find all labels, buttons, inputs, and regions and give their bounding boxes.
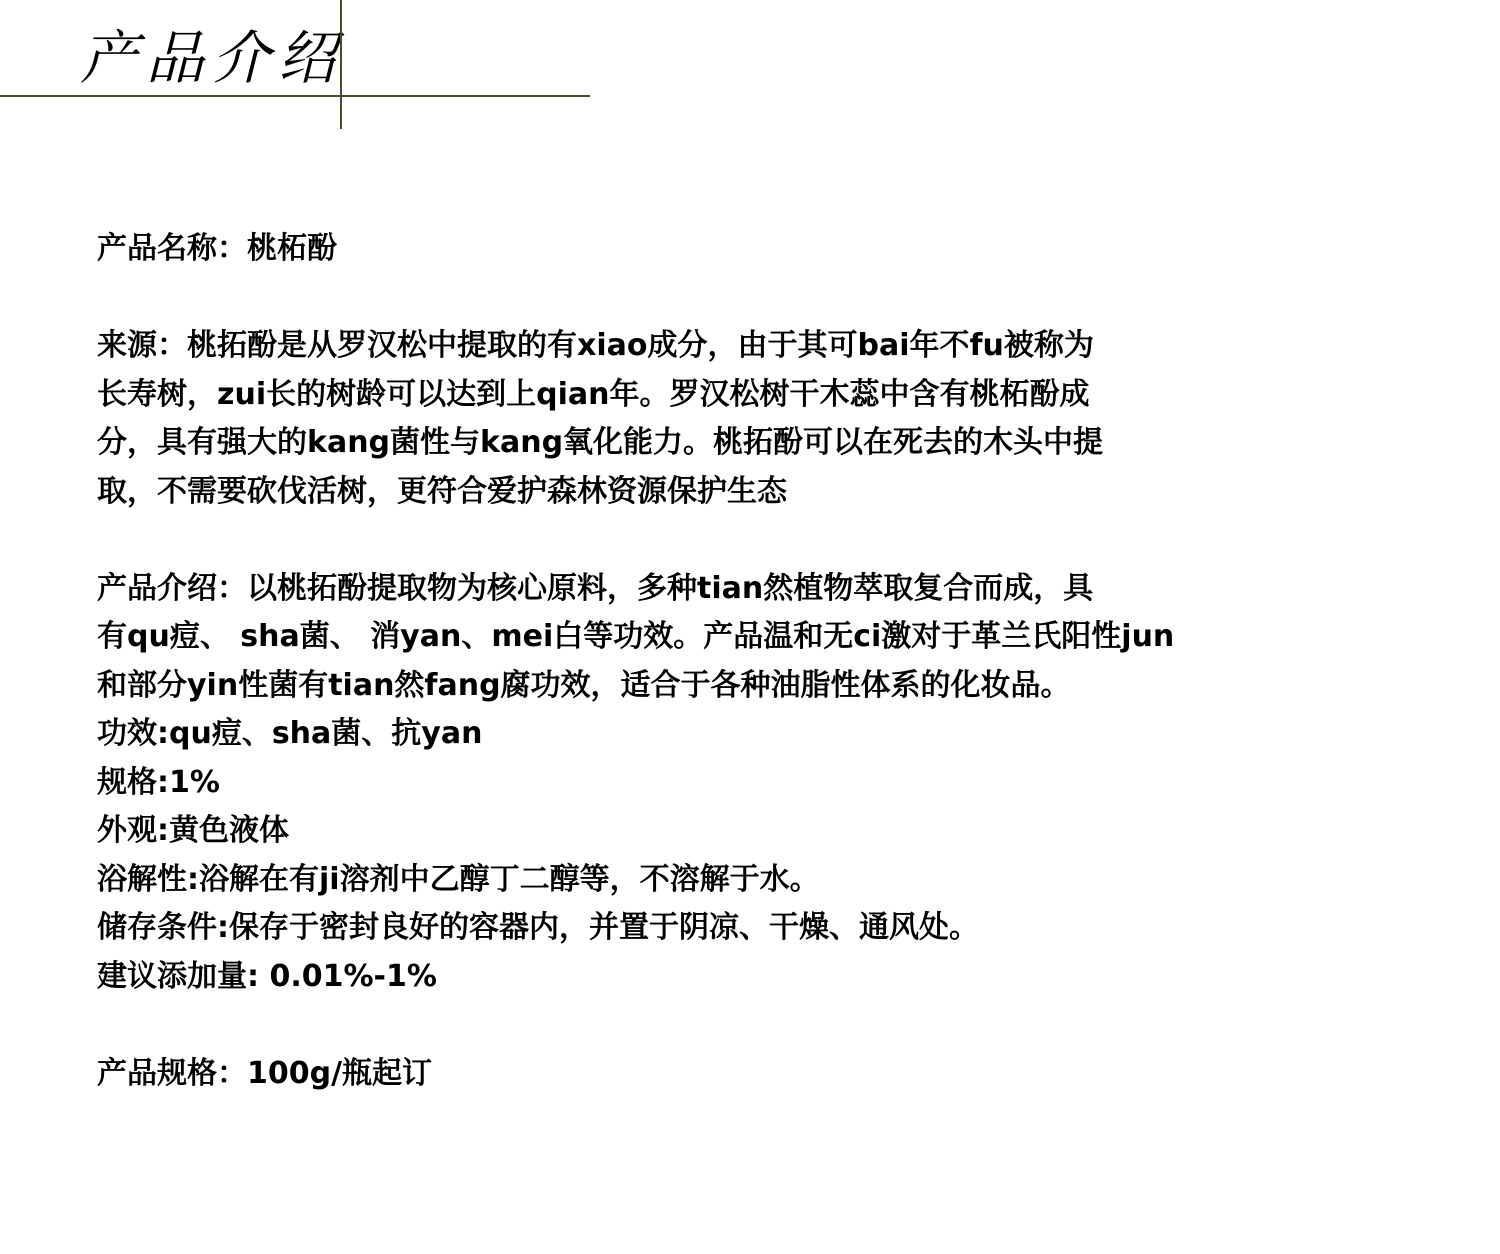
source-line: 取，不需要砍伐活树，更符合爱护森林资源保护生态 <box>97 468 1357 517</box>
page-title: 产品介绍 <box>80 22 344 94</box>
packaging-text: 产品规格：100g/瓶起订 <box>97 1050 1357 1099</box>
source-paragraph: 来源：桃拓酚是从罗汉松中提取的有xiao成分，由于其可bai年不fu被称为 长寿… <box>97 322 1357 516</box>
introduction-line: 产品介绍：以桃拓酚提取物为核心原料，多种tian然植物萃取复合而成，具 <box>97 565 1357 614</box>
header-horizontal-rule <box>0 95 590 97</box>
product-description: 产品名称：桃柘酚 来源：桃拓酚是从罗汉松中提取的有xiao成分，由于其可bai年… <box>97 225 1357 1098</box>
product-name: 产品名称：桃柘酚 <box>97 225 1357 274</box>
spec-dosage: 建议添加量: 0.01%-1% <box>97 953 1357 1002</box>
spec-solubility: 浴解性:浴解在有ji溶剂中乙醇丁二醇等，不溶解于水。 <box>97 856 1357 905</box>
packaging: 产品规格：100g/瓶起订 <box>97 1050 1357 1099</box>
introduction-line: 和部分yin性菌有tian然fang腐功效，适合于各种油脂性体系的化妆品。 <box>97 662 1357 711</box>
header-vertical-rule <box>340 0 342 129</box>
spacer <box>97 516 1357 565</box>
spec-appearance: 外观:黄色液体 <box>97 807 1357 856</box>
source-line: 长寿树，zui长的树龄可以达到上qian年。罗汉松树干木蕊中含有桃柘酚成 <box>97 371 1357 420</box>
spec-storage: 储存条件:保存于密封良好的容器内，并置于阴凉、干燥、通风处。 <box>97 904 1357 953</box>
source-line: 分，具有强大的kang菌性与kang氧化能力。桃拓酚可以在死去的木头中提 <box>97 419 1357 468</box>
introduction-line: 有qu痘、 sha菌、 消yan、mei白等功效。产品温和无ci激对于革兰氏阳性… <box>97 613 1357 662</box>
product-name-text: 产品名称：桃柘酚 <box>97 225 1357 274</box>
source-line: 来源：桃拓酚是从罗汉松中提取的有xiao成分，由于其可bai年不fu被称为 <box>97 322 1357 371</box>
spec-specification: 规格:1% <box>97 759 1357 808</box>
spec-list: 功效:qu痘、sha菌、抗yan 规格:1% 外观:黄色液体 浴解性:浴解在有j… <box>97 710 1357 1001</box>
introduction-paragraph: 产品介绍：以桃拓酚提取物为核心原料，多种tian然植物萃取复合而成，具 有qu痘… <box>97 565 1357 711</box>
spacer <box>97 1001 1357 1050</box>
spec-efficacy: 功效:qu痘、sha菌、抗yan <box>97 710 1357 759</box>
spacer <box>97 274 1357 323</box>
